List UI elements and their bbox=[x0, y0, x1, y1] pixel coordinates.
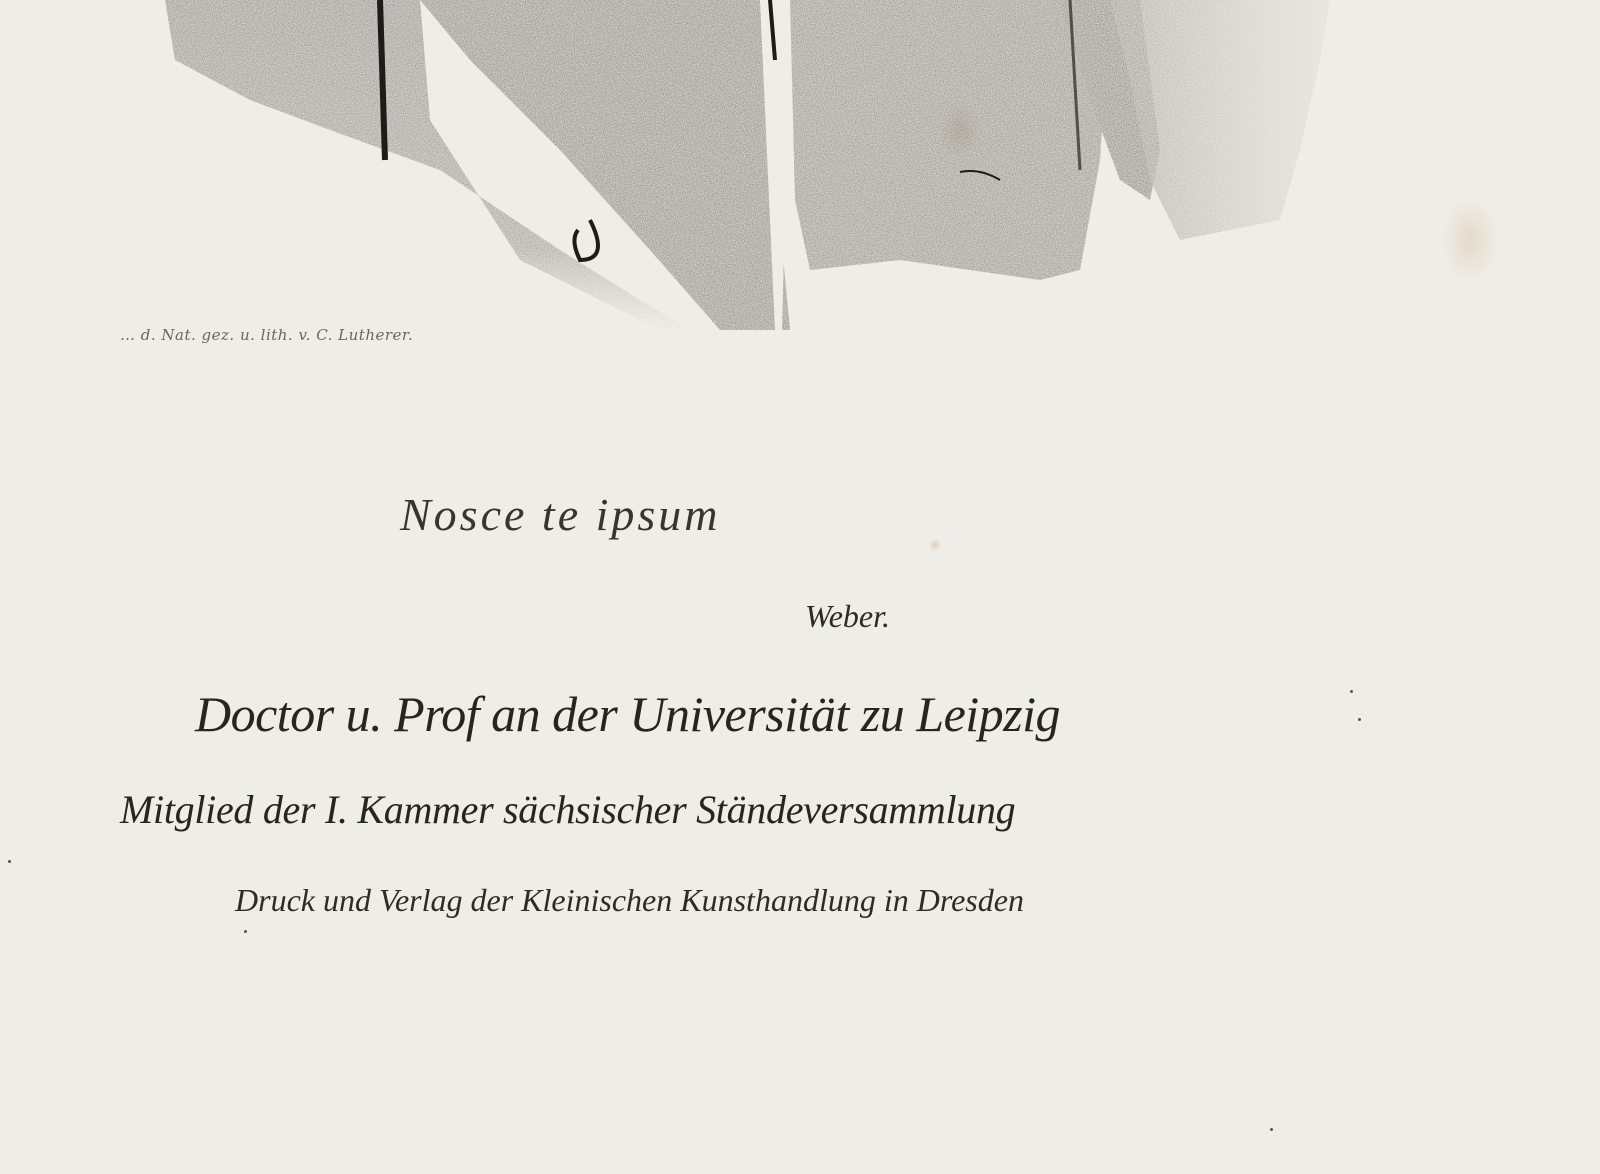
publisher-imprint: Druck und Verlag der Kleinischen Kunstha… bbox=[235, 882, 1024, 919]
motto: Nosce te ipsum bbox=[400, 488, 721, 541]
artist-credit: … d. Nat. gez. u. lith. v. C. Lutherer. bbox=[120, 326, 413, 344]
ink-speck bbox=[1350, 690, 1353, 693]
title-line-1: Doctor u. Prof an der Universität zu Lei… bbox=[195, 685, 1060, 743]
ink-speck bbox=[8, 860, 11, 863]
signature: Weber. bbox=[805, 598, 890, 635]
title-line-2: Mitglied der I. Kammer sächsischer Ständ… bbox=[120, 786, 1015, 833]
portrait-lithograph bbox=[0, 0, 1600, 330]
ink-speck bbox=[1270, 1128, 1273, 1131]
ink-speck bbox=[1358, 718, 1361, 721]
ink-speck bbox=[244, 930, 247, 933]
